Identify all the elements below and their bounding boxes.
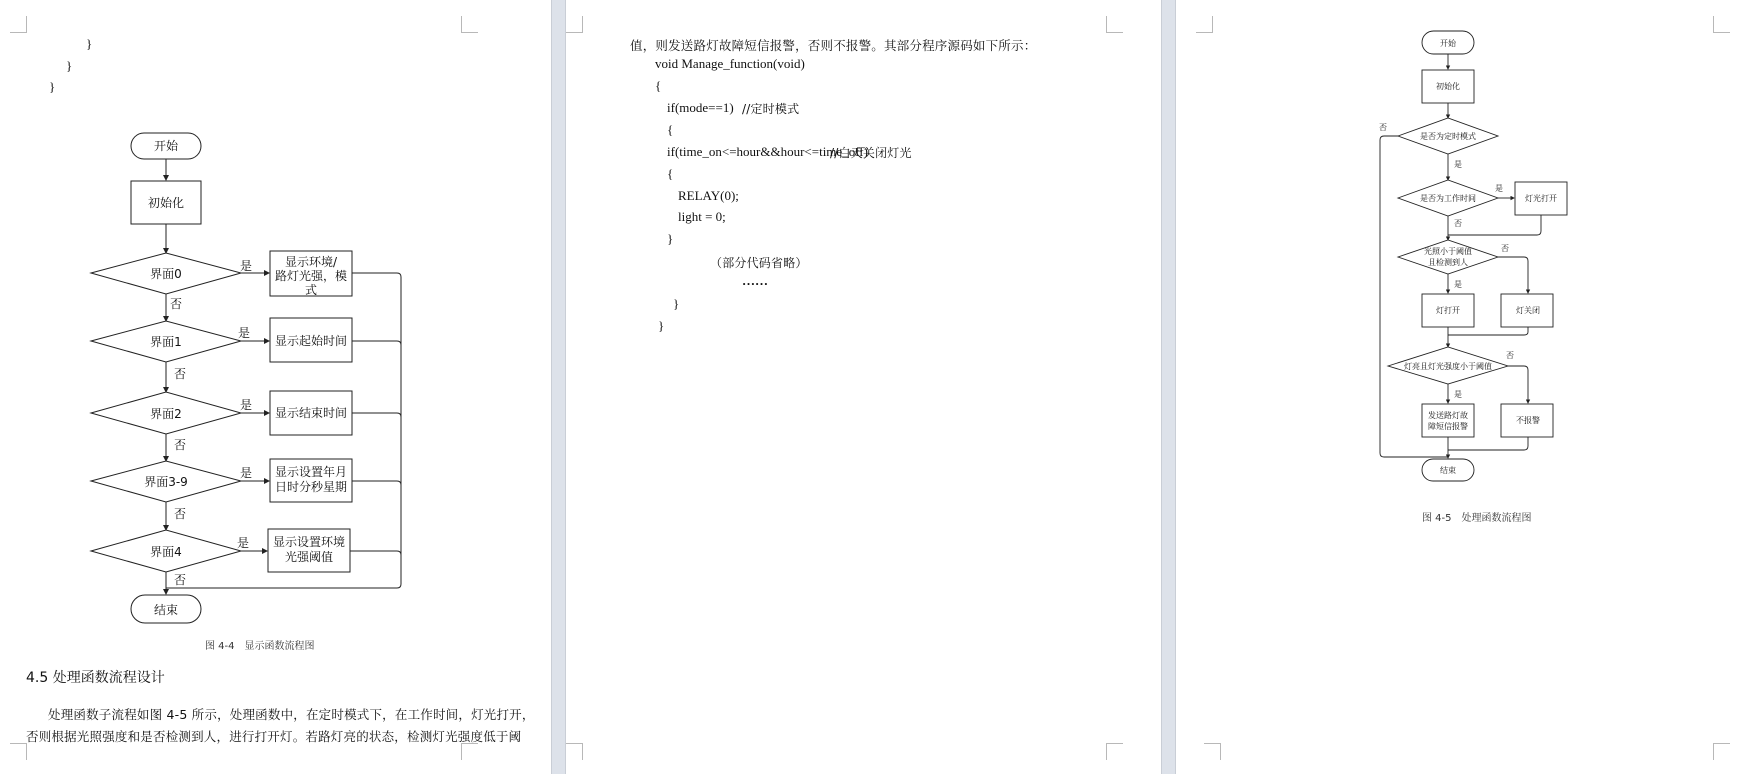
code-line: { (655, 78, 661, 94)
crop-mark-bottom-right (1106, 743, 1123, 760)
svg-text:灯光打开: 灯光打开 (1525, 193, 1557, 203)
code-comment: //白天关闭灯光 (830, 144, 912, 161)
svg-text:不报警: 不报警 (1516, 415, 1540, 425)
svg-text:是: 是 (237, 536, 249, 550)
crop-mark-bottom-left (10, 743, 27, 760)
svg-text:是: 是 (240, 398, 252, 412)
svg-text:否: 否 (1506, 351, 1514, 360)
code-line: } (673, 296, 679, 312)
crop-mark-bottom-left (566, 743, 583, 760)
svg-text:否: 否 (1379, 123, 1387, 132)
svg-text:光强阈值: 光强阈值 (285, 549, 333, 564)
processing-function-flowchart: 开始 初始化 是否为定时模式 否 是 是否为工作时间 是 否 灯光打开 光照小于… (1176, 0, 1752, 540)
document-page-1: } } } (0, 0, 551, 774)
section-heading: 4.5 处理函数流程设计 (26, 667, 165, 687)
crop-mark-bottom-right (1713, 743, 1730, 760)
svg-text:开始: 开始 (1440, 38, 1457, 48)
paragraph-line: 否则根据光照强度和是否检测到人，进行打开灯。若路灯亮的状态，检测灯光强度低于阈 (26, 727, 521, 745)
code-line: RELAY(0); (678, 188, 739, 204)
svg-text:结束: 结束 (1440, 465, 1456, 475)
ellipsis: …… (742, 273, 768, 289)
svg-text:否: 否 (170, 297, 182, 311)
svg-text:是否为定时模式: 是否为定时模式 (1420, 131, 1476, 141)
svg-text:是: 是 (1495, 184, 1503, 193)
svg-text:否: 否 (174, 367, 186, 381)
svg-text:障短信报警: 障短信报警 (1428, 421, 1468, 431)
svg-text:是: 是 (238, 326, 250, 340)
figure-caption: 图 4-4 显示函数流程图 (205, 637, 315, 652)
code-line: if(mode==1) (667, 100, 734, 116)
svg-text:初始化: 初始化 (1436, 81, 1460, 91)
svg-text:显示结束时间: 显示结束时间 (275, 405, 347, 420)
code-line: { (667, 122, 673, 138)
svg-text:是: 是 (240, 466, 252, 480)
document-page-2: 值，则发送路灯故障短信报警，否则不报警。其部分程序源码如下所示： void Ma… (566, 0, 1161, 774)
svg-text:显示设置环境: 显示设置环境 (273, 534, 345, 549)
code-line: { (667, 166, 673, 182)
svg-text:是否为工作时间: 是否为工作时间 (1420, 193, 1476, 203)
code-comment: //定时模式 (742, 100, 799, 117)
code-line: } (658, 318, 664, 334)
crop-mark-top-left (566, 16, 583, 33)
svg-text:否: 否 (174, 507, 186, 521)
svg-text:灯关闭: 灯关闭 (1516, 305, 1540, 315)
svg-text:是: 是 (1454, 160, 1462, 169)
code-line: light = 0; (678, 209, 726, 225)
svg-text:否: 否 (1454, 219, 1462, 228)
svg-text:界面2: 界面2 (150, 407, 182, 421)
svg-text:光照小于阈值: 光照小于阈值 (1424, 246, 1472, 256)
flow-start: 开始 (154, 138, 179, 153)
svg-text:灯打开: 灯打开 (1436, 305, 1460, 315)
page-gutter (1161, 0, 1176, 774)
svg-text:日时分秒星期: 日时分秒星期 (275, 479, 347, 494)
svg-text:式: 式 (305, 282, 317, 297)
svg-text:否: 否 (174, 438, 186, 452)
svg-text:显示起始时间: 显示起始时间 (275, 333, 347, 348)
svg-text:是: 是 (240, 259, 252, 273)
svg-text:显示设置年月: 显示设置年月 (275, 464, 347, 479)
svg-text:否: 否 (1501, 244, 1509, 253)
crop-mark-top-right (1106, 16, 1123, 33)
page-gutter (551, 0, 566, 774)
svg-text:显示环境/: 显示环境/ (285, 254, 338, 269)
svg-text:是: 是 (1454, 280, 1462, 289)
display-function-flowchart: 开始 初始化 界面0 是 否 显示环境/ 路灯光强，模 式 界面1 是 否 显示… (0, 0, 551, 640)
flow-end: 结束 (154, 602, 178, 617)
crop-mark-bottom-left (1204, 743, 1221, 760)
svg-text:且检测到人: 且检测到人 (1428, 257, 1468, 267)
svg-text:界面4: 界面4 (150, 545, 182, 559)
svg-text:界面3-9: 界面3-9 (144, 475, 188, 489)
svg-text:路灯光强，模: 路灯光强，模 (275, 268, 347, 283)
svg-text:灯亮且灯光强度小于阈值: 灯亮且灯光强度小于阈值 (1404, 361, 1492, 371)
code-line: void Manage_function(void) (655, 56, 805, 72)
svg-text:界面1: 界面1 (150, 335, 182, 349)
document-page-3: 开始 初始化 是否为定时模式 否 是 是否为工作时间 是 否 灯光打开 光照小于… (1176, 0, 1752, 774)
figure-caption: 图 4-5 处理函数流程图 (1422, 509, 1532, 524)
code-line: } (667, 231, 673, 247)
crop-mark-bottom-right (461, 743, 478, 760)
svg-text:发送路灯故: 发送路灯故 (1428, 410, 1468, 420)
svg-text:否: 否 (174, 573, 186, 587)
svg-text:界面0: 界面0 (150, 267, 182, 281)
flow-init: 初始化 (148, 195, 184, 210)
paragraph-continuation: 值，则发送路灯故障短信报警，否则不报警。其部分程序源码如下所示： (630, 36, 1036, 54)
svg-text:是: 是 (1454, 390, 1462, 399)
paragraph-line: 处理函数子流程如图 4-5 所示，处理函数中，在定时模式下，在工作时间，灯光打开… (48, 705, 535, 723)
omitted-code-note: （部分代码省略） (710, 254, 808, 271)
